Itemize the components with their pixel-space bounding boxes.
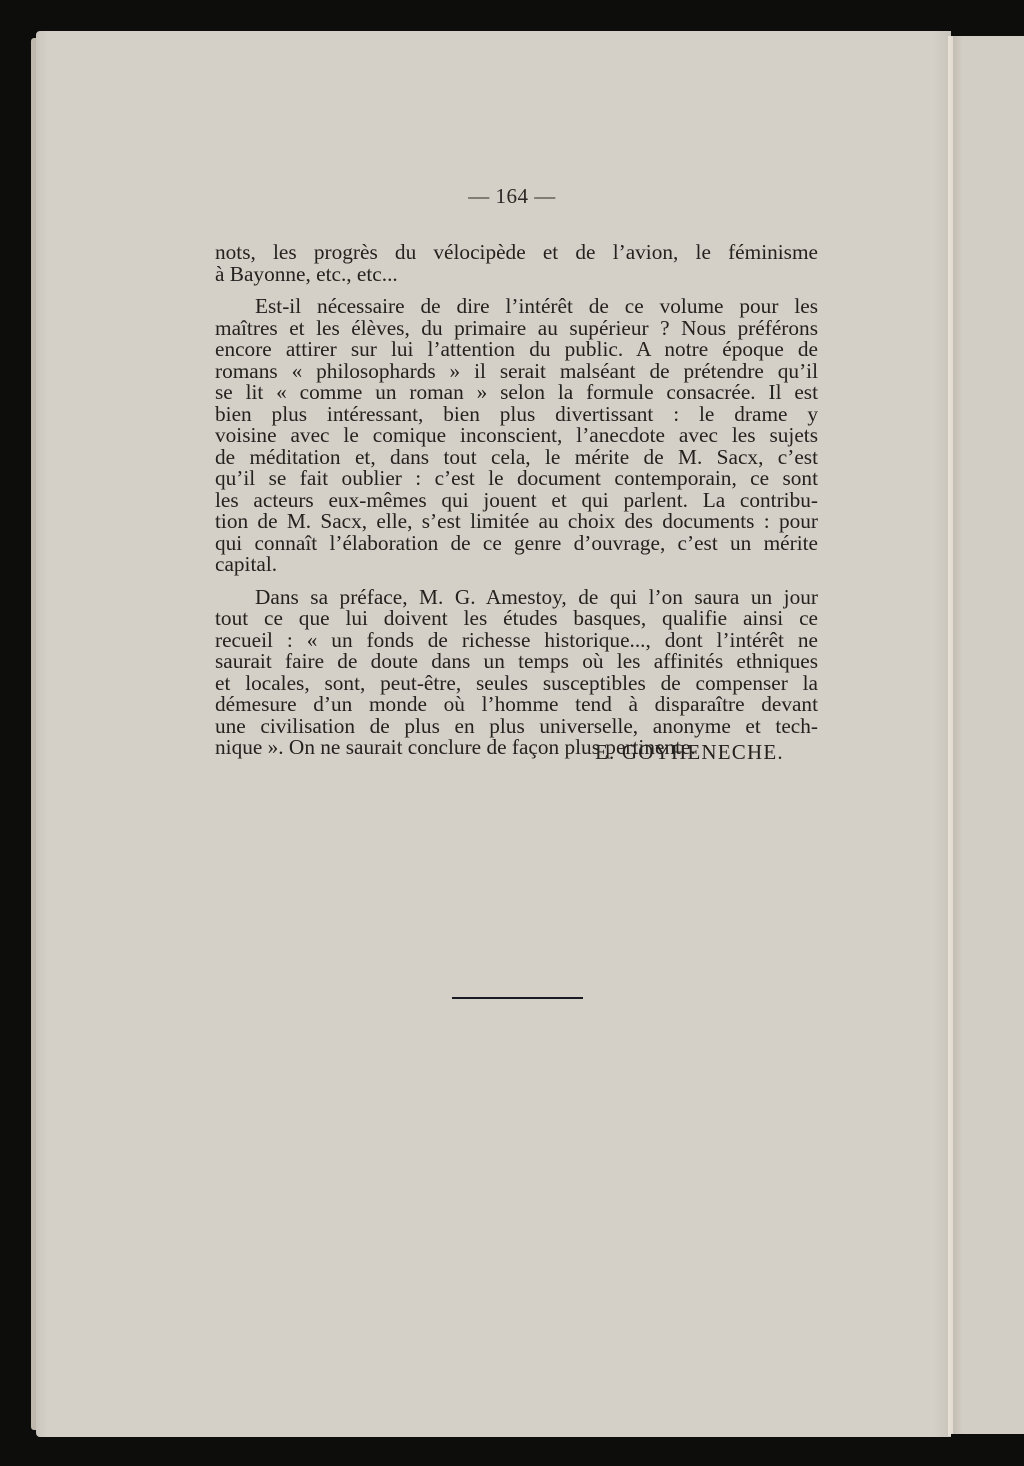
text-line: bien plus intéressant, bien plus diverti… xyxy=(215,404,818,426)
text-line: les acteurs eux-mêmes qui jouent et qui … xyxy=(215,490,818,512)
text-line: de méditation et, dans tout cela, le mér… xyxy=(215,447,818,469)
text-line: tout ce que lui doivent les études basqu… xyxy=(215,608,818,630)
body-text: nots, les progrès du vélocipède et de l’… xyxy=(215,242,818,759)
text-line: qu’il se fait oublier : c’est le documen… xyxy=(215,468,818,490)
text-line: démesure d’un monde où l’homme tend à di… xyxy=(215,694,818,716)
text-line: et locales, sont, peut-être, seules susc… xyxy=(215,673,818,695)
text-line: Dans sa préface, M. G. Amestoy, de qui l… xyxy=(215,587,818,609)
text-line: se lit « comme un roman » selon la formu… xyxy=(215,382,818,404)
text-line: romans « philosophards » il serait malsé… xyxy=(215,361,818,383)
section-end-rule xyxy=(452,997,583,999)
text-line: saurait faire de doute dans un temps où … xyxy=(215,651,818,673)
text-line: une civilisation de plus en plus univers… xyxy=(215,716,818,738)
text-line: voisine avec le comique inconscient, l’a… xyxy=(215,425,818,447)
text-line: nots, les progrès du vélocipède et de l’… xyxy=(215,242,818,264)
page-number: — 164 — xyxy=(0,184,1024,209)
text-line: capital. xyxy=(215,554,818,576)
text-line: maîtres et les élèves, du primaire au su… xyxy=(215,318,818,340)
paragraph-1: nots, les progrès du vélocipède et de l’… xyxy=(215,242,818,285)
paragraph-3: Dans sa préface, M. G. Amestoy, de qui l… xyxy=(215,587,818,759)
text-line: Est-il nécessaire de dire l’intérêt de c… xyxy=(215,296,818,318)
author-signature: E. GOYHENECHE. xyxy=(595,740,784,765)
text-line: recueil : « un fonds de richesse histori… xyxy=(215,630,818,652)
text-line: à Bayonne, etc., etc... xyxy=(215,264,818,286)
paragraph-2: Est-il nécessaire de dire l’intérêt de c… xyxy=(215,296,818,576)
text-line: tion de M. Sacx, elle, s’est limitée au … xyxy=(215,511,818,533)
text-line: encore attirer sur lui l’attention du pu… xyxy=(215,339,818,361)
text-line: qui connaît l’élaboration de ce genre d’… xyxy=(215,533,818,555)
facing-page-edge xyxy=(951,36,1024,1434)
